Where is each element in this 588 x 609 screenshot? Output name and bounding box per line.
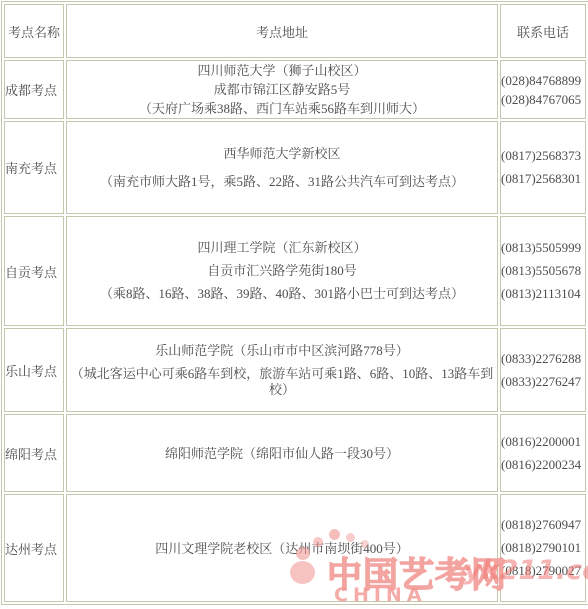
address-line: 自贡市汇兴路学苑街180号 xyxy=(67,263,497,279)
phone-number: (0817)2568373 xyxy=(501,148,585,164)
phone-number: (0818)2790101 xyxy=(501,540,585,556)
phone-number: (0833)2276247 xyxy=(501,374,585,390)
site-address: 乐山师范学院（乐山市市中区滨河路778号） （城北客运中心可乘6路车到校，旅游车… xyxy=(66,328,498,412)
address-line: （南充市师大路1号，乘5路、22路、31路公共汽车可到达考点） xyxy=(67,174,497,190)
table-row-mianyang: 绵阳考点 绵阳师范学院（绵阳市仙人路一段30号） (0816)2200001 (… xyxy=(4,414,586,492)
site-address: 西华师范大学新校区 （南充市师大路1号，乘5路、22路、31路公共汽车可到达考点… xyxy=(66,121,498,214)
phone-number: (0813)2113104 xyxy=(501,286,585,302)
site-phones: (0816)2200001 (0816)2200234 xyxy=(500,414,586,492)
phone-number: (028)84767065 xyxy=(501,90,585,109)
address-line: （天府广场乘38路、西门车站乘56路车到川师大） xyxy=(67,99,497,118)
table-row-chengdu: 成都考点 四川师范大学（狮子山校区） 成都市锦江区静安路5号 （天府广场乘38路… xyxy=(4,60,586,119)
phone-number: (0817)2568301 xyxy=(501,171,585,187)
address-line: 四川师范大学（狮子山校区） xyxy=(67,61,497,80)
site-phones: (0818)2760947 (0818)2790101 (0818)279002… xyxy=(500,494,586,602)
site-name: 达州考点 xyxy=(4,494,64,602)
site-phones: (0813)5505999 (0813)5505678 (0813)211310… xyxy=(500,216,586,326)
address-line: 四川理工学院（汇东新校区） xyxy=(67,240,497,256)
table-row-zigong: 自贡考点 四川理工学院（汇东新校区） 自贡市汇兴路学苑街180号 （乘8路、16… xyxy=(4,216,586,326)
site-address: 绵阳师范学院（绵阳市仙人路一段30号） xyxy=(66,414,498,492)
site-name: 乐山考点 xyxy=(4,328,64,412)
site-address: 四川师范大学（狮子山校区） 成都市锦江区静安路5号 （天府广场乘38路、西门车站… xyxy=(66,60,498,119)
col-header-contact-phone: 联系电话 xyxy=(500,4,586,58)
site-phones: (0833)2276288 (0833)2276247 xyxy=(500,328,586,412)
phone-number: (0813)5505999 xyxy=(501,240,585,256)
phone-number: (0833)2276288 xyxy=(501,351,585,367)
address-line: 西华师范大学新校区 xyxy=(67,146,497,162)
site-name: 南充考点 xyxy=(4,121,64,214)
address-line: （城北客运中心可乘6路车到校，旅游车站可乘1路、6路、10路、13路车到校） xyxy=(67,366,497,398)
site-address: 四川理工学院（汇东新校区） 自贡市汇兴路学苑街180号 （乘8路、16路、38路… xyxy=(66,216,498,326)
phone-number: (0816)2200001 xyxy=(501,434,585,450)
table-row-nanchong: 南充考点 西华师范大学新校区 （南充市师大路1号，乘5路、22路、31路公共汽车… xyxy=(4,121,586,214)
address-line: 四川文理学院老校区（达州市南坝街400号） xyxy=(67,539,497,558)
phone-number: (028)84768899 xyxy=(501,71,585,90)
table-row-leshan: 乐山考点 乐山师范学院（乐山市市中区滨河路778号） （城北客运中心可乘6路车到… xyxy=(4,328,586,412)
phone-number: (0818)2760947 xyxy=(501,517,585,533)
site-address: 四川文理学院老校区（达州市南坝街400号） xyxy=(66,494,498,602)
address-line: 绵阳师范学院（绵阳市仙人路一段30号） xyxy=(67,444,497,463)
site-name: 成都考点 xyxy=(4,60,64,119)
phone-number: (0818)2790027 xyxy=(501,563,585,579)
site-phones: (028)84768899 (028)84767065 xyxy=(500,60,586,119)
address-line: 成都市锦江区静安路5号 xyxy=(67,80,497,99)
site-phones: (0817)2568373 (0817)2568301 xyxy=(500,121,586,214)
exam-sites-table: 考点名称 考点地址 联系电话 成都考点 四川师范大学（狮子山校区） 成都市锦江区… xyxy=(1,1,588,605)
site-name: 绵阳考点 xyxy=(4,414,64,492)
col-header-site-address: 考点地址 xyxy=(66,4,498,58)
address-line: 乐山师范学院（乐山市市中区滨河路778号） xyxy=(67,343,497,359)
address-line: （乘8路、16路、38路、39路、40路、301路小巴士可到达考点） xyxy=(67,286,497,302)
table-row-dazhou: 达州考点 四川文理学院老校区（达州市南坝街400号） (0818)2760947… xyxy=(4,494,586,602)
col-header-site-name: 考点名称 xyxy=(4,4,64,58)
header-row: 考点名称 考点地址 联系电话 xyxy=(4,4,586,58)
site-name: 自贡考点 xyxy=(4,216,64,326)
phone-number: (0816)2200234 xyxy=(501,457,585,473)
phone-number: (0813)5505678 xyxy=(501,263,585,279)
